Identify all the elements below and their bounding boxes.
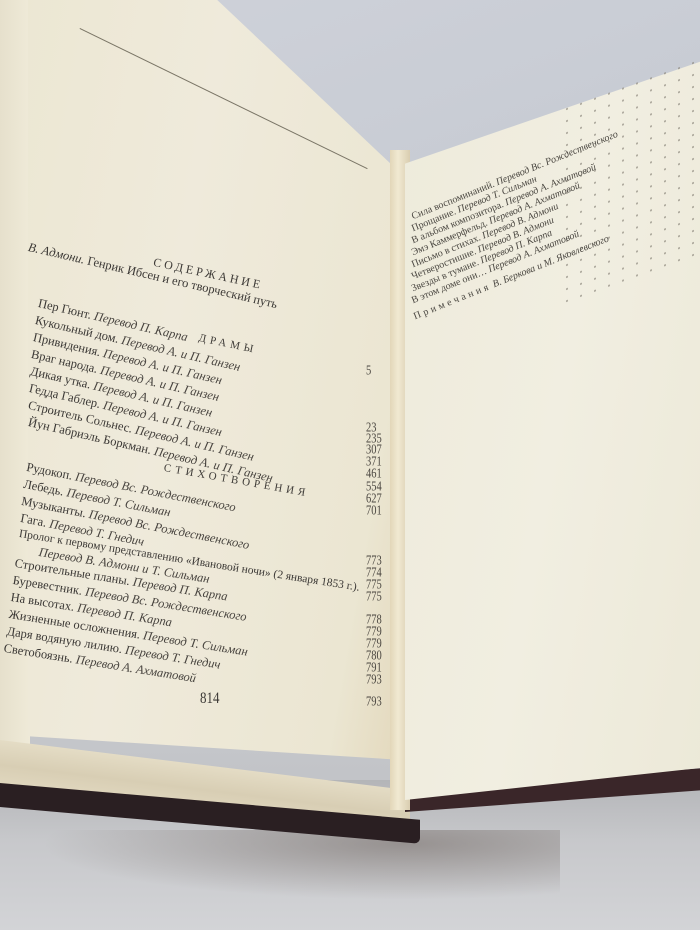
page-number: 461 (366, 468, 382, 482)
book-shadow (40, 830, 560, 900)
page-number: 793 (366, 674, 382, 688)
page-number: 701 (366, 505, 382, 519)
page-number: 5 (366, 365, 371, 379)
page-number: 775 (366, 591, 382, 605)
page-number: 793 (366, 696, 382, 710)
page-folio: 814 (200, 688, 220, 707)
